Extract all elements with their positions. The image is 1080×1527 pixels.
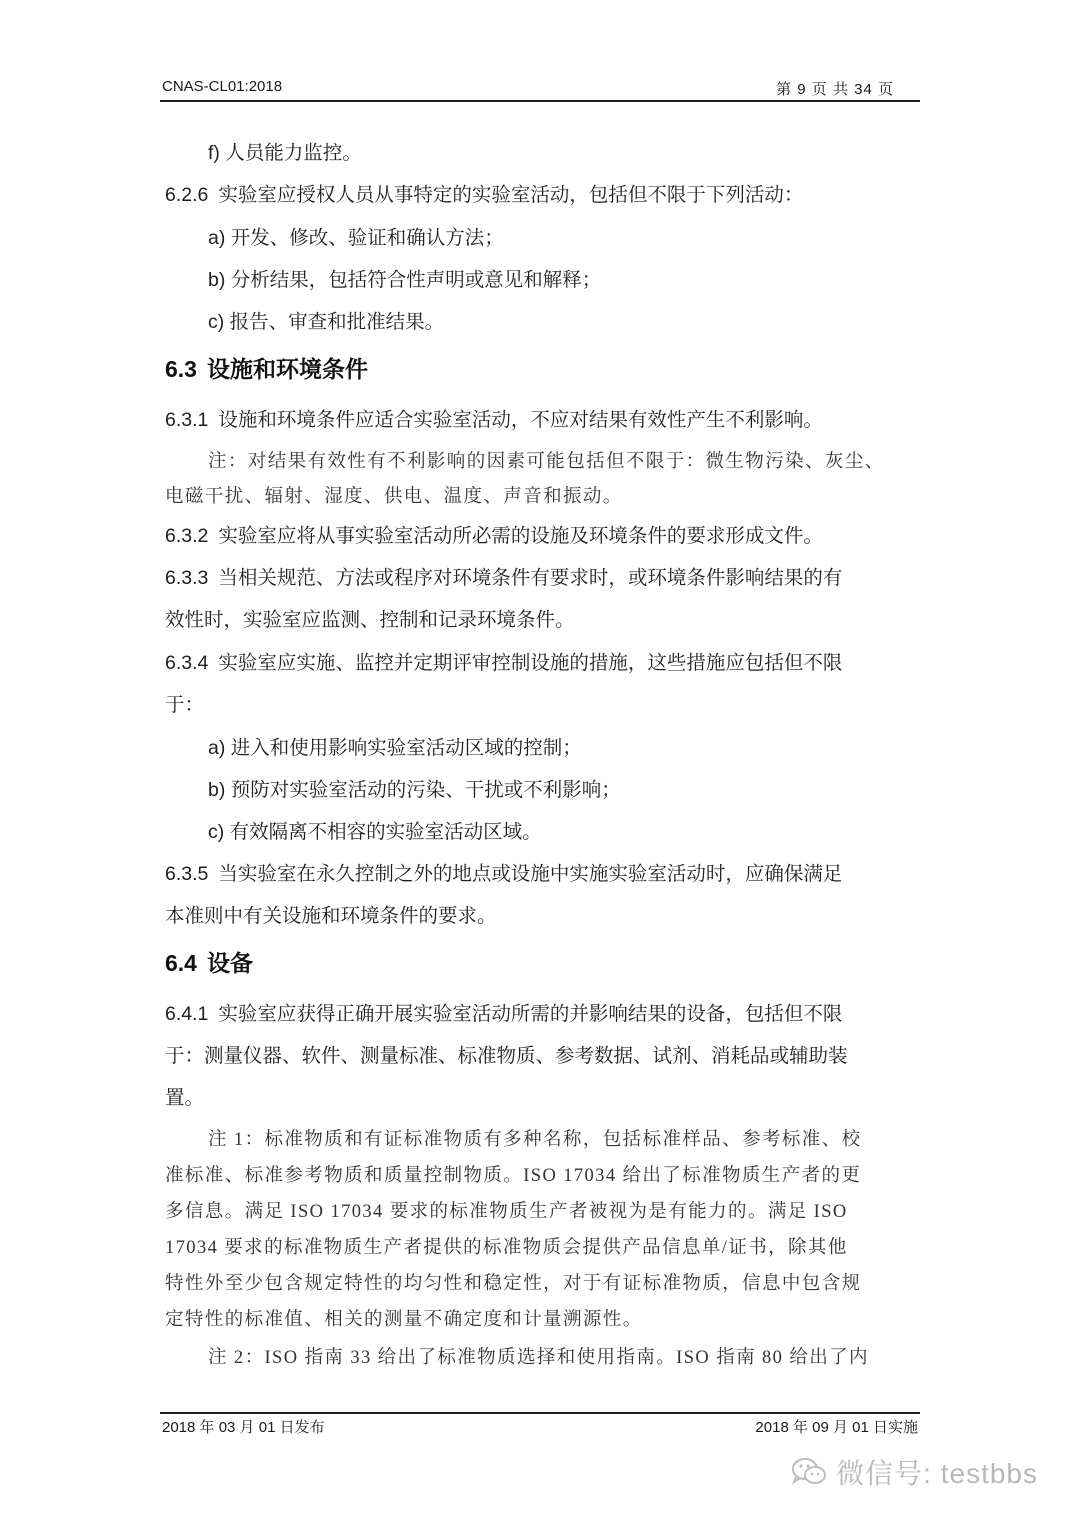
note-1-continued: 特性外至少包含规定特性的均匀性和稳定性，对于有证标准物质，信息中包含规 (165, 1271, 862, 1297)
footer-divider (160, 1412, 920, 1414)
clause-text: 实验室应实施、监控并定期评审控制设施的措施，这些措施应包括但不限 (218, 652, 842, 674)
clause-6-4-1-continued: 于：测量仪器、软件、测量标准、标准物质、参考数据、试剂、消耗品或辅助装 (165, 1043, 848, 1069)
note-text-continued: 电磁干扰、辐射、湿度、供电、温度、声音和振动。 (165, 484, 623, 510)
clause-number: 6.2.6 (165, 184, 208, 206)
list-item-a: a) 开发、修改、验证和确认方法； (208, 225, 504, 251)
clause-6-3-4-continued: 于： (165, 692, 204, 718)
header-divider (160, 100, 920, 102)
note-1-continued: 17034 要求的标准物质生产者提供的标准物质会提供产品信息单/证书，除其他 (165, 1235, 848, 1261)
list-item-b: b) 分析结果，包括符合性声明或意见和解释； (208, 267, 601, 293)
note-1: 注 1：标准物质和有证标准物质有多种名称，包括标准样品、参考标准、校 (208, 1127, 861, 1153)
clause-6-3-3: 6.3.3当相关规范、方法或程序对环境条件有要求时，或环境条件影响结果的有 (165, 565, 842, 591)
document-id: CNAS-CL01:2018 (162, 78, 282, 95)
clause-6-2-6: 6.2.6实验室应授权人员从事特定的实验室活动，包括但不限于下列活动： (165, 182, 803, 208)
clause-6-3-3-continued: 效性时，实验室应监测、控制和记录环境条件。 (165, 607, 575, 633)
watermark: 微信号: testbbs (518, 1452, 1038, 1492)
list-item-c: c) 报告、审查和批准结果。 (208, 309, 444, 335)
note-1-continued: 准标准、标准参考物质和质量控制物质。ISO 17034 给出了标准物质生产者的更 (165, 1163, 861, 1189)
clause-6-4-1: 6.4.1实验室应获得正确开展实验室活动所需的并影响结果的设备，包括但不限 (165, 1001, 842, 1027)
section-title: 设施和环境条件 (207, 356, 368, 382)
note-1-continued: 多信息。满足 ISO 17034 要求的标准物质生产者被视为是有能力的。满足 I… (165, 1199, 848, 1225)
clause-6-3-5: 6.3.5当实验室在永久控制之外的地点或设施中实施实验室活动时，应确保满足 (165, 861, 842, 887)
page-number: 第 9 页 共 34 页 (776, 78, 894, 99)
document-page: CNAS-CL01:2018 第 9 页 共 34 页 f) 人员能力监控。 6… (0, 0, 1080, 1527)
clause-text: 实验室应获得正确开展实验室活动所需的并影响结果的设备，包括但不限 (218, 1003, 842, 1025)
clause-number: 6.3.2 (165, 525, 208, 547)
clause-number: 6.3.1 (165, 409, 208, 431)
watermark-text: 微信号: testbbs (836, 1458, 1038, 1489)
note-text: 注：对结果有效性有不利影响的因素可能包括但不限于：微生物污染、灰尘、 (208, 449, 885, 475)
note-1-continued: 定特性的标准值、相关的测量不确定度和计量溯源性。 (165, 1307, 643, 1333)
effective-date: 2018 年 09 月 01 日实施 (755, 1416, 918, 1437)
issue-date: 2018 年 03 月 01 日发布 (162, 1416, 325, 1437)
clause-number: 6.3.5 (165, 863, 208, 885)
page-header: CNAS-CL01:2018 第 9 页 共 34 页 (160, 76, 918, 102)
list-item-f: f) 人员能力监控。 (208, 140, 362, 166)
clause-text: 实验室应授权人员从事特定的实验室活动，包括但不限于下列活动： (218, 184, 803, 206)
section-title: 设备 (207, 950, 253, 976)
clause-number: 6.3.3 (165, 567, 208, 589)
clause-6-3-5-continued: 本准则中有关设施和环境条件的要求。 (165, 903, 497, 929)
list-item-a: a) 进入和使用影响实验室活动区域的控制； (208, 735, 582, 761)
clause-6-4-1-continued: 置。 (165, 1085, 204, 1111)
list-item-c: c) 有效隔离不相容的实验室活动区域。 (208, 819, 542, 845)
page-footer: 2018 年 03 月 01 日发布 2018 年 09 月 01 日实施 (160, 1416, 920, 1438)
section-heading-6-3: 6.3设施和环境条件 (165, 354, 368, 384)
section-number: 6.4 (165, 950, 197, 976)
clause-text: 当相关规范、方法或程序对环境条件有要求时，或环境条件影响结果的有 (218, 567, 842, 589)
list-item-b: b) 预防对实验室活动的污染、干扰或不利影响； (208, 777, 621, 803)
section-number: 6.3 (165, 356, 197, 382)
wechat-icon (790, 1456, 830, 1488)
clause-6-3-4: 6.3.4实验室应实施、监控并定期评审控制设施的措施，这些措施应包括但不限 (165, 650, 842, 676)
clause-number: 6.3.4 (165, 652, 208, 674)
clause-text: 实验室应将从事实验室活动所必需的设施及环境条件的要求形成文件。 (218, 525, 823, 547)
clause-6-3-2: 6.3.2实验室应将从事实验室活动所必需的设施及环境条件的要求形成文件。 (165, 523, 823, 549)
clause-number: 6.4.1 (165, 1003, 208, 1025)
clause-text: 当实验室在永久控制之外的地点或设施中实施实验室活动时，应确保满足 (218, 863, 842, 885)
clause-6-3-1: 6.3.1设施和环境条件应适合实验室活动，不应对结果有效性产生不利影响。 (165, 407, 823, 433)
clause-text: 设施和环境条件应适合实验室活动，不应对结果有效性产生不利影响。 (218, 409, 823, 431)
section-heading-6-4: 6.4设备 (165, 948, 253, 978)
note-2: 注 2：ISO 指南 33 给出了标准物质选择和使用指南。ISO 指南 80 给… (208, 1345, 869, 1371)
